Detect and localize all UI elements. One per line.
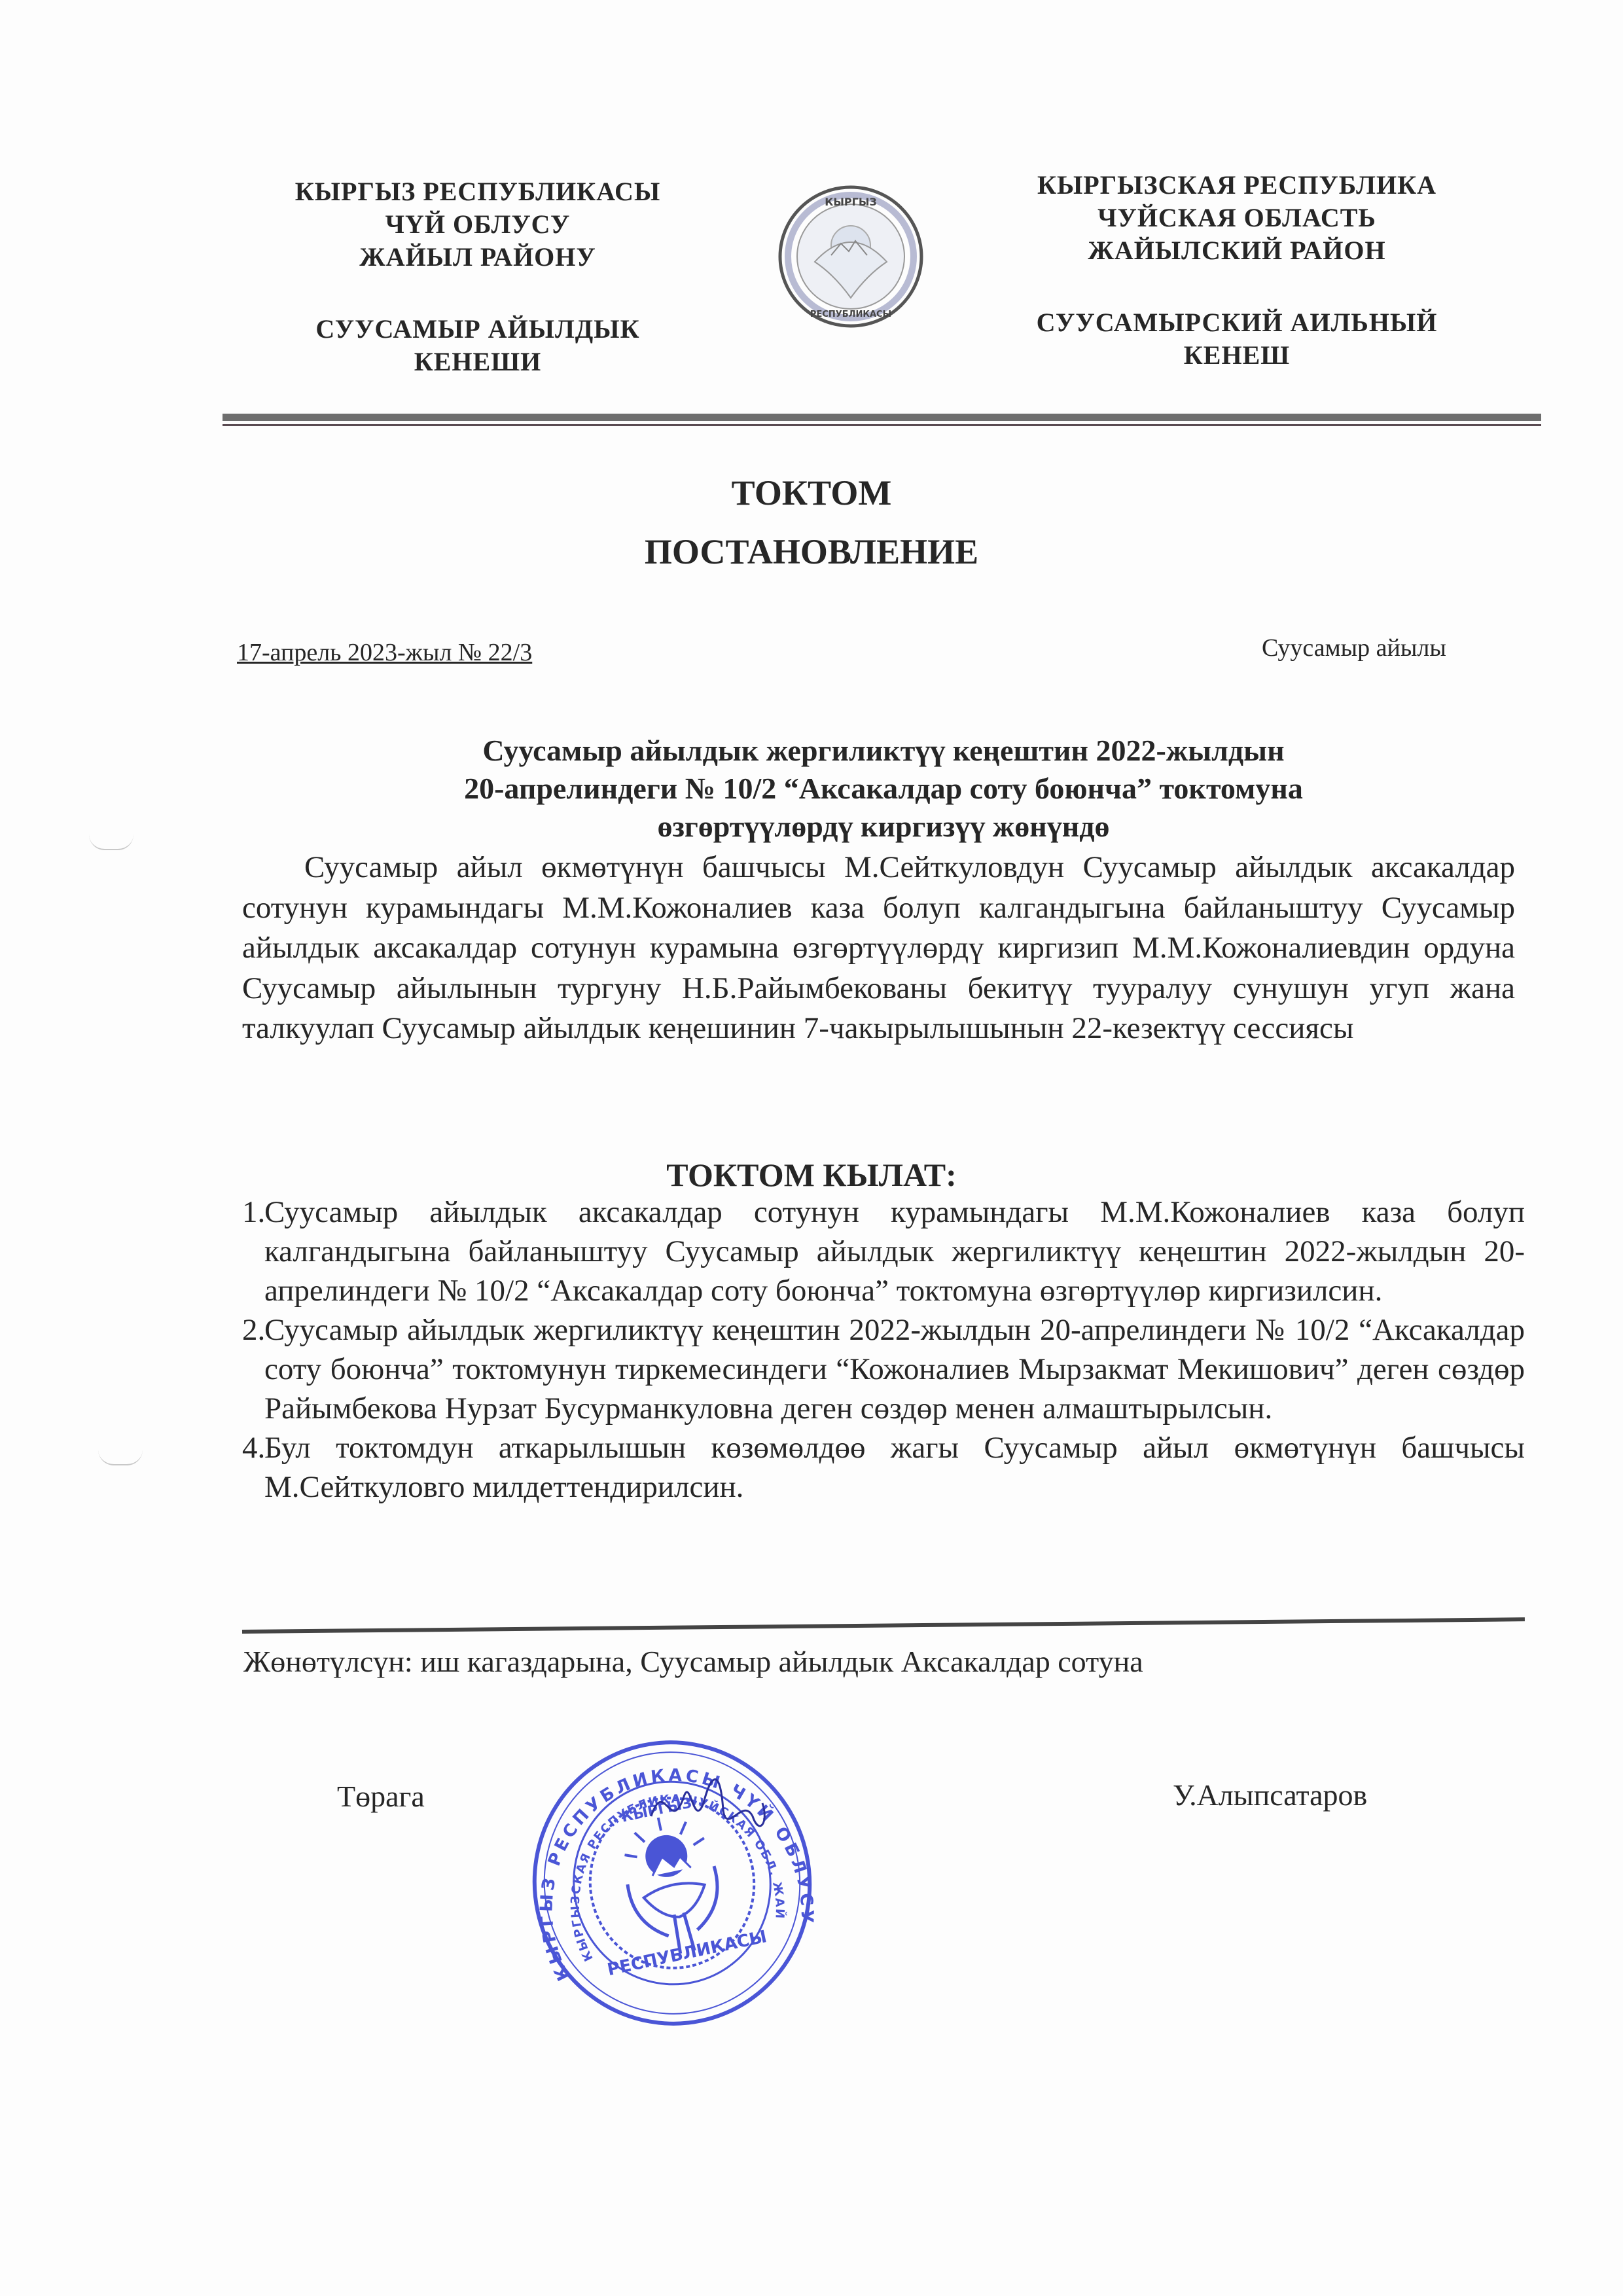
header-org: КЕНЕШ	[982, 339, 1492, 372]
header-line: ЧҮЙ ОБЛУСУ	[223, 208, 733, 241]
header-line: КЫРГЫЗ РЕСПУБЛИКАСЫ	[223, 175, 733, 208]
svg-text:КЫРГЫЗ: КЫРГЫЗ	[825, 196, 877, 208]
distribution-line: Жөнөтүлсүн: иш кагаздарына, Суусамыр айы…	[243, 1644, 1143, 1679]
state-emblem-icon: КЫРГЫЗ РЕСПУБЛИКАСЫ	[776, 183, 926, 331]
document-title-kyrgyz: ТОКТОМ	[0, 473, 1623, 513]
header-russian: КЫРГЫЗСКАЯ РЕСПУБЛИКА ЧУЙСКАЯ ОБЛАСТЬ ЖА…	[982, 169, 1492, 372]
signatory-name: У.Алыпсатаров	[1173, 1778, 1367, 1812]
document-title-russian: ПОСТАНОВЛЕНИЕ	[0, 531, 1623, 572]
header-line: ЖАЙЫЛ РАЙОНУ	[223, 241, 733, 274]
subject-heading: Суусамыр айылдык жергиликтүү кеңештин 20…	[236, 732, 1531, 846]
signatory-title: Төрага	[337, 1779, 425, 1814]
list-item-number: 2.	[242, 1310, 263, 1428]
header-line: ЖАЙЫЛСКИЙ РАЙОН	[982, 234, 1492, 267]
header-kyrgyz: КЫРГЫЗ РЕСПУБЛИКАСЫ ЧҮЙ ОБЛУСУ ЖАЙЫЛ РАЙ…	[223, 175, 733, 378]
decision-list: 1. Суусамыр айылдык аксакалдар сотунун к…	[242, 1193, 1525, 1507]
list-item-text: Суусамыр айылдык жергиликтүү кеңештин 20…	[263, 1310, 1525, 1428]
list-item-text: Бул токтомдун аткарылышын көзөмөлдөө жаг…	[263, 1428, 1525, 1507]
punch-hole-mark	[98, 1450, 143, 1465]
header-divider-thin	[223, 424, 1541, 426]
preamble-paragraph: Суусамыр айыл өкмөтүнүн башчысы М.Сейтку…	[242, 848, 1515, 1049]
header-org: СУУСАМЫРСКИЙ АИЛЬНЫЙ	[982, 306, 1492, 339]
place: Суусамыр айылы	[1262, 634, 1446, 662]
header-org: СУУСАМЫР АЙЫЛДЫК	[223, 313, 733, 346]
punch-hole-mark	[89, 834, 134, 850]
official-stamp-icon: КЫРГЫЗ РЕСПУБЛИКАСЫ ЧҮЙ ОБЛУСУ ЖАЙЫЛ РАЙ…	[494, 1738, 851, 2029]
footer-divider	[242, 1617, 1525, 1634]
decision-heading: ТОКТОМ КЫЛАТ:	[0, 1156, 1623, 1194]
header-org: КЕНЕШИ	[223, 346, 733, 378]
header-line: ЧУЙСКАЯ ОБЛАСТЬ	[982, 202, 1492, 234]
list-item: 1. Суусамыр айылдык аксакалдар сотунун к…	[242, 1193, 1525, 1310]
list-item: 2. Суусамыр айылдык жергиликтүү кеңештин…	[242, 1310, 1525, 1428]
list-item: 4. Бул токтомдун аткарылышын көзөмөлдөө …	[242, 1428, 1525, 1507]
date-number: 17-апрель 2023-жыл № 22/3	[237, 638, 532, 667]
svg-text:РЕСПУБЛИКАСЫ: РЕСПУБЛИКАСЫ	[810, 310, 891, 319]
list-item-number: 1.	[242, 1193, 263, 1310]
list-item-text: Суусамыр айылдык аксакалдар сотунун кура…	[263, 1193, 1525, 1310]
list-item-number: 4.	[242, 1428, 263, 1507]
subject-line: өзгөртүүлөрдү киргизүү жөнүндө	[236, 808, 1531, 846]
header-divider-thick	[223, 414, 1541, 421]
header-line: КЫРГЫЗСКАЯ РЕСПУБЛИКА	[982, 169, 1492, 202]
subject-line: Суусамыр айылдык жергиликтүү кеңештин 20…	[236, 732, 1531, 770]
subject-line: 20-апрелиндеги № 10/2 “Аксакалдар соту б…	[236, 770, 1531, 808]
